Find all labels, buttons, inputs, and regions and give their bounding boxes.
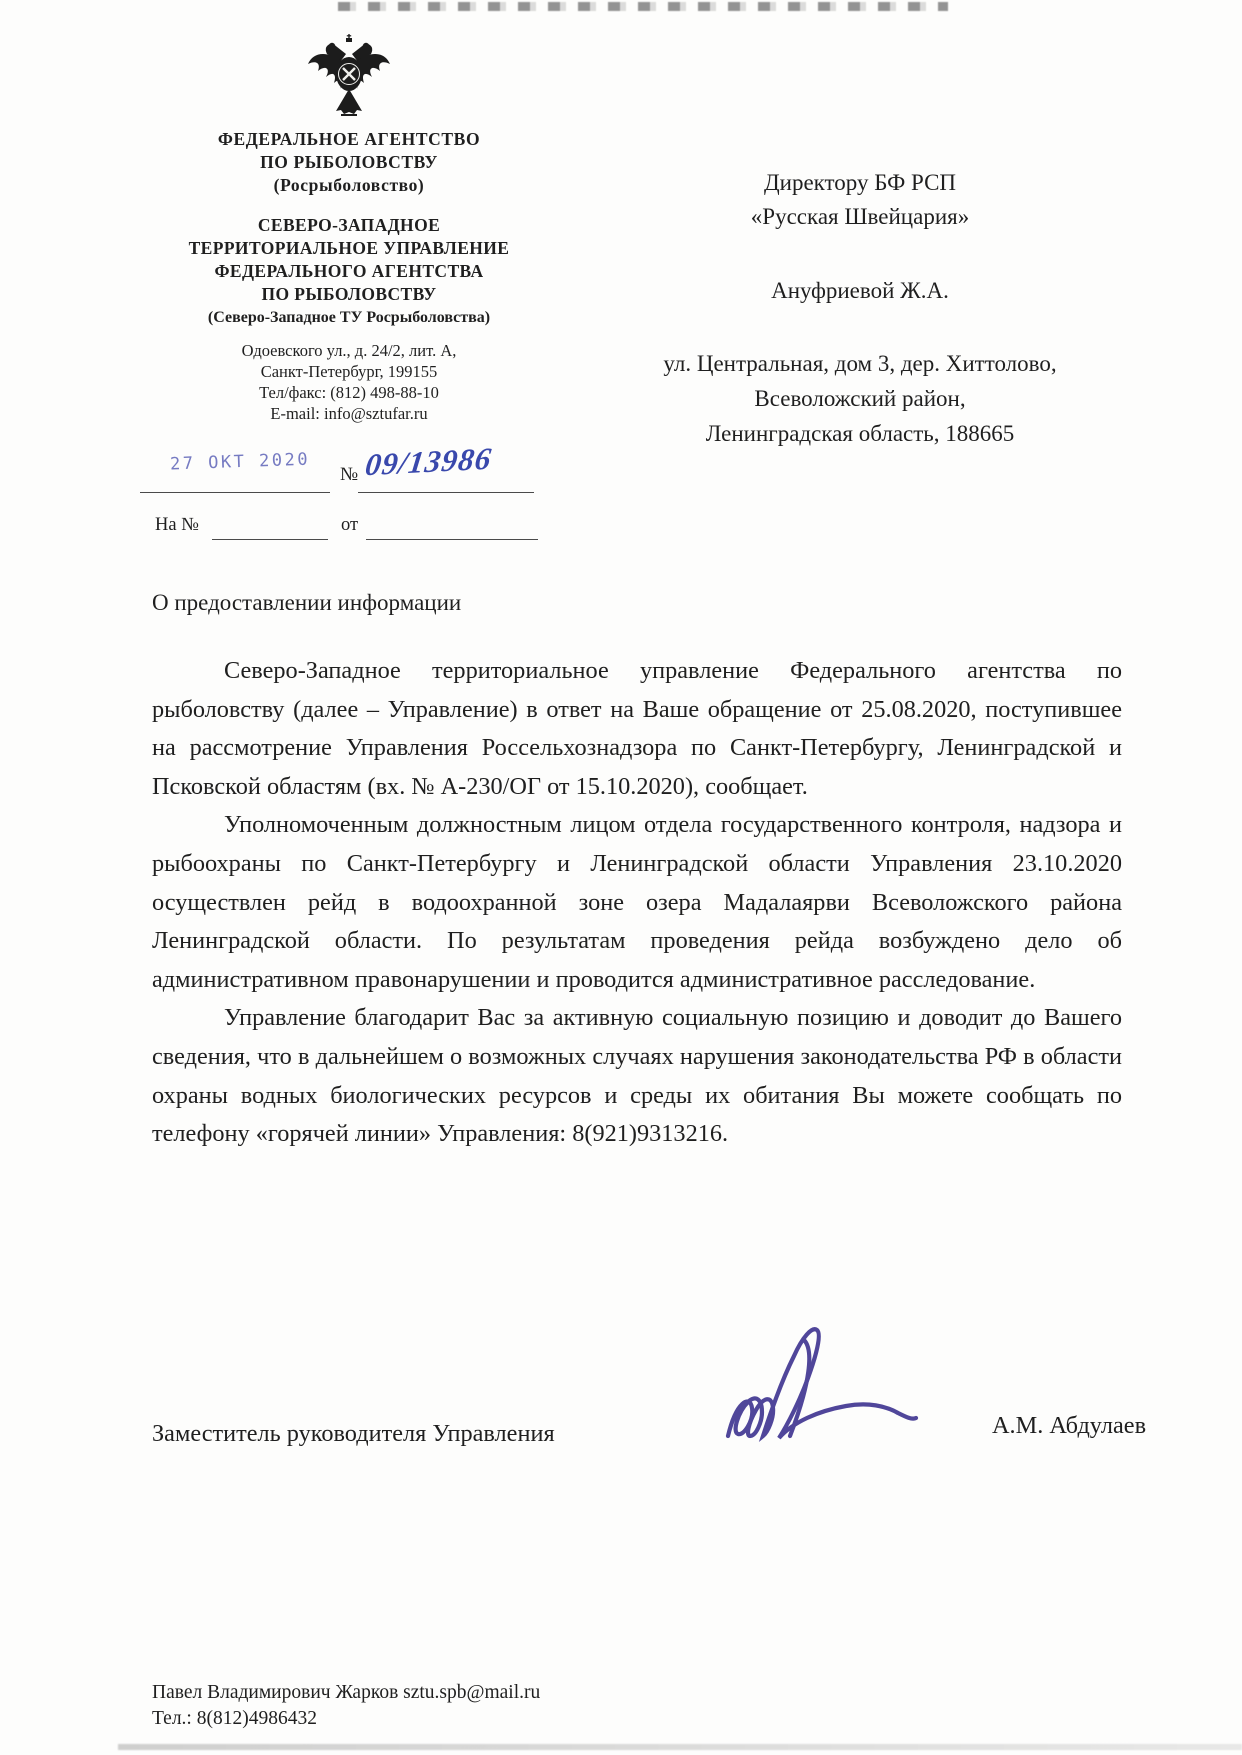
division-line: ПО РЫБОЛОВСТВУ: [140, 283, 558, 306]
double-headed-eagle-emblem-icon: [305, 34, 393, 120]
scan-noise-artifact-bottom: [118, 1744, 1242, 1750]
scanned-letter-page: ФЕДЕРАЛЬНОЕ АГЕНТСТВО ПО РЫБОЛОВСТВУ (Ро…: [0, 0, 1242, 1755]
address-line: Тел/факс: (812) 498-88-10: [140, 382, 558, 403]
division-line: ТЕРРИТОРИАЛЬНОЕ УПРАВЛЕНИЕ: [140, 237, 558, 260]
reply-to-label: На №: [155, 515, 199, 536]
signer-position-title: Заместитель руководителя Управления: [152, 1420, 555, 1448]
executor-name-email: Павел Владимирович Жарков sztu.spb@mail.…: [152, 1680, 540, 1706]
recipient-org-line: «Русская Швейцария»: [598, 200, 1122, 234]
scan-noise-artifact-top: [338, 2, 948, 11]
body-paragraph: Управление благодарит Вас за активную со…: [152, 999, 1122, 1153]
handwritten-signature-icon: [716, 1318, 931, 1468]
date-stamp: 27 ОКТ 2020: [170, 450, 311, 475]
agency-line: ФЕДЕРАЛЬНОЕ АГЕНТСТВО: [140, 128, 558, 151]
number-underline: [358, 492, 534, 493]
recipient-title-line: Директору БФ РСП: [598, 166, 1122, 200]
recipient-block: Директору БФ РСП «Русская Швейцария» Ану…: [598, 166, 1122, 451]
agency-line: ПО РЫБОЛОВСТВУ: [140, 151, 558, 174]
recipient-address-line: Ленинградская область, 188665: [598, 416, 1122, 451]
letterhead: ФЕДЕРАЛЬНОЕ АГЕНТСТВО ПО РЫБОЛОВСТВУ (Ро…: [140, 34, 558, 424]
executor-contact-block: Павел Владимирович Жарков sztu.spb@mail.…: [152, 1680, 540, 1732]
signer-name: А.М. Абдулаев: [992, 1412, 1146, 1440]
body-paragraph: Уполномоченным должностным лицом отдела …: [152, 806, 1122, 999]
reply-date-blank-line: [366, 539, 538, 540]
body-paragraph: Северо-Западное территориальное управлен…: [152, 652, 1122, 806]
division-short-name: (Северо-Западное ТУ Росрыболовства): [140, 307, 558, 329]
reply-from-label: от: [341, 515, 358, 536]
agency-line: (Росрыболовство): [140, 174, 558, 197]
executor-phone: Тел.: 8(812)4986432: [152, 1706, 540, 1732]
division-line: ФЕДЕРАЛЬНОГО АГЕНТСТВА: [140, 260, 558, 283]
recipient-address-line: ул. Центральная, дом 3, дер. Хиттолово,: [598, 346, 1122, 381]
recipient-address-line: Всеволожский район,: [598, 381, 1122, 416]
address-line: Одоевского ул., д. 24/2, лит. А,: [140, 340, 558, 361]
recipient-address: ул. Центральная, дом 3, дер. Хиттолово, …: [598, 346, 1122, 451]
number-label: №: [340, 464, 358, 486]
address-line: Санкт-Петербург, 199155: [140, 361, 558, 382]
agency-name: ФЕДЕРАЛЬНОЕ АГЕНТСТВО ПО РЫБОЛОВСТВУ (Ро…: [140, 128, 558, 197]
outgoing-number-handwritten: 09/13986: [363, 441, 494, 483]
division-name: СЕВЕРО-ЗАПАДНОЕ ТЕРРИТОРИАЛЬНОЕ УПРАВЛЕН…: [140, 214, 558, 306]
division-line: СЕВЕРО-ЗАПАДНОЕ: [140, 214, 558, 237]
date-underline: [140, 492, 330, 493]
letter-subject: О предоставлении информации: [152, 590, 461, 616]
letter-body: Северо-Западное территориальное управлен…: [152, 652, 1122, 1154]
address-line: E-mail: info@sztufar.ru: [140, 403, 558, 424]
recipient-name: Ануфриевой Ж.А.: [598, 274, 1122, 308]
letterhead-address: Одоевского ул., д. 24/2, лит. А, Санкт-П…: [140, 340, 558, 424]
reply-number-blank-line: [212, 539, 328, 540]
